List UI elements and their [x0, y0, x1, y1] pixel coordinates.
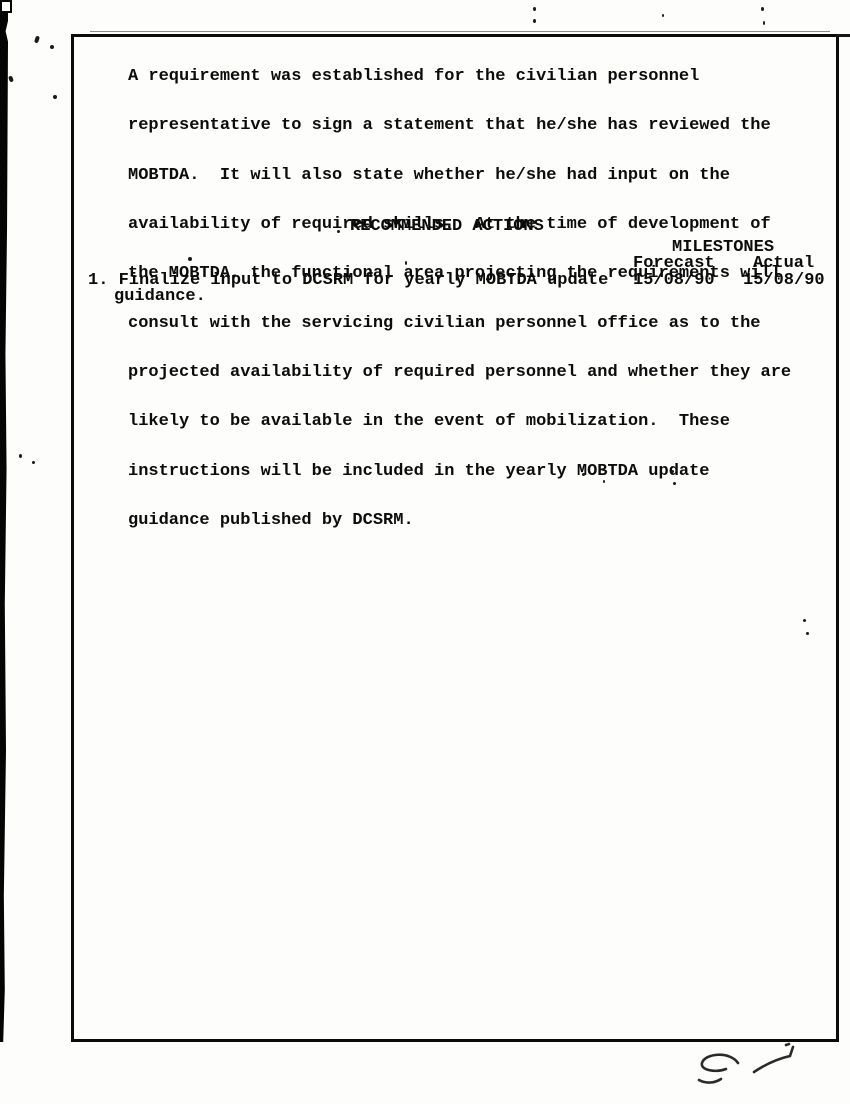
scan-speck: [761, 7, 764, 11]
scan-speck: [763, 21, 765, 25]
scan-speck: [662, 14, 664, 17]
scan-speck: [806, 632, 809, 635]
scan-edge-artifact: [0, 0, 8, 1042]
handwritten-mark: [690, 1042, 810, 1097]
scan-speck: [405, 261, 407, 265]
paragraph-line: likely to be available in the event of m…: [128, 414, 791, 430]
action-item-actual-date: 15/08/90: [743, 273, 825, 289]
recommended-actions-heading: RECOMMENDED ACTIONS: [350, 219, 544, 235]
scan-speck: [8, 75, 14, 82]
body-paragraph: A requirement was established for the ci…: [128, 36, 791, 563]
scan-speck: [602, 468, 605, 471]
scan-speck: [671, 470, 674, 473]
action-item-forecast-date: 15/08/90: [633, 273, 715, 289]
scan-speck: [50, 45, 54, 49]
scan-speck: [803, 619, 806, 622]
paragraph-line: representative to sign a statement that …: [128, 118, 791, 134]
scan-corner-notch: [0, 0, 12, 13]
scan-speck: [673, 482, 676, 485]
paragraph-line: projected availability of required perso…: [128, 365, 791, 381]
action-item-line2: guidance.: [114, 289, 206, 305]
scan-speck: [603, 480, 605, 483]
milestones-column-actual: Actual: [753, 256, 814, 272]
scan-line-shadow: [90, 31, 830, 32]
scanned-document-page: A requirement was established for the ci…: [0, 0, 850, 1104]
paragraph-line: instructions will be included in the yea…: [128, 464, 791, 480]
paragraph-line: consult with the servicing civilian pers…: [128, 316, 791, 332]
paragraph-line: A requirement was established for the ci…: [128, 69, 791, 85]
scan-speck: [188, 257, 192, 261]
paragraph-line: guidance published by DCSRM.: [128, 513, 791, 529]
scan-speck: [337, 230, 340, 233]
scan-speck: [533, 7, 536, 11]
paragraph-line: MOBTDA. It will also state whether he/sh…: [128, 168, 791, 184]
milestones-column-forecast: Forecast: [633, 256, 715, 272]
scan-speck: [533, 19, 536, 23]
scan-speck: [32, 461, 35, 464]
scan-speck: [53, 95, 57, 99]
scan-speck: [19, 454, 22, 458]
scan-line-streak: [836, 34, 850, 37]
scan-speck: [582, 473, 585, 476]
scan-speck: [34, 36, 40, 44]
